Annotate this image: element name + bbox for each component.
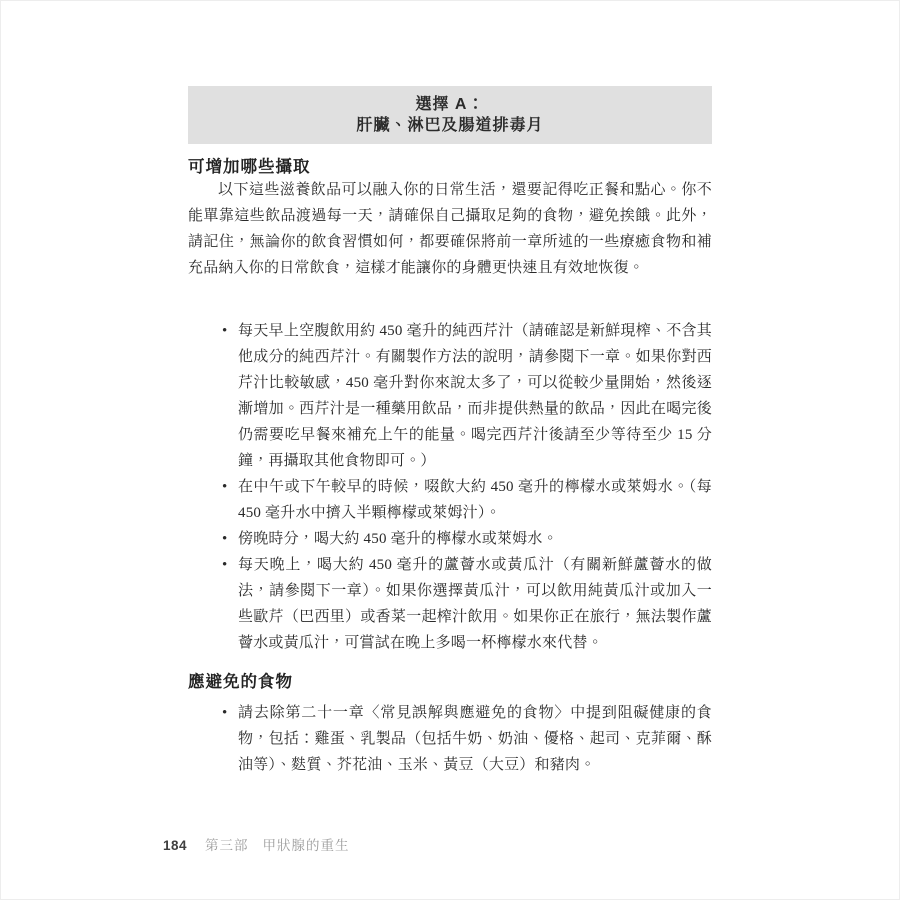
list-item: 請去除第二十一章〈常見誤解與應避免的食物〉中提到阻礙健康的食物，包括：雞蛋、乳製… — [188, 700, 712, 778]
increase-list: 每天早上空腹飲用約 450 毫升的純西芹汁（請確認是新鮮現榨、不含其他成分的純西… — [188, 318, 712, 656]
list-item: 傍晚時分，喝大約 450 毫升的檸檬水或萊姆水。 — [188, 526, 712, 552]
avoid-list: 請去除第二十一章〈常見誤解與應避免的食物〉中提到阻礙健康的食物，包括：雞蛋、乳製… — [188, 700, 712, 778]
list-item: 每天晚上，喝大約 450 毫升的蘆薈水或黃瓜汁（有關新鮮蘆薈水的做法，請參閱下一… — [188, 552, 712, 656]
book-page: 選擇 A： 肝臟、淋巴及腸道排毒月 可增加哪些攝取 以下這些滋養飲品可以融入你的… — [0, 0, 900, 900]
section-title-line1: 選擇 A： — [188, 94, 712, 115]
chapter-label: 甲狀腺的重生 — [263, 838, 350, 853]
section-title-box: 選擇 A： 肝臟、淋巴及腸道排毒月 — [188, 86, 712, 144]
heading-foods-to-avoid: 應避免的食物 — [188, 672, 712, 692]
part-label: 第三部 — [205, 838, 249, 853]
section-title-line2: 肝臟、淋巴及腸道排毒月 — [188, 115, 712, 136]
intro-paragraph: 以下這些滋養飲品可以融入你的日常生活，還要記得吃正餐和點心。你不能單靠這些飲品渡… — [188, 177, 712, 281]
list-item: 在中午或下午較早的時候，啜飲大約 450 毫升的檸檬水或萊姆水。（每 450 毫… — [188, 474, 712, 526]
page-number: 184 — [163, 838, 187, 853]
page-content: 選擇 A： 肝臟、淋巴及腸道排毒月 可增加哪些攝取 以下這些滋養飲品可以融入你的… — [188, 86, 712, 778]
list-item: 每天早上空腹飲用約 450 毫升的純西芹汁（請確認是新鮮現榨、不含其他成分的純西… — [188, 318, 712, 474]
heading-what-to-increase: 可增加哪些攝取 — [188, 157, 712, 177]
page-footer: 184第三部甲狀腺的重生 — [163, 838, 350, 854]
